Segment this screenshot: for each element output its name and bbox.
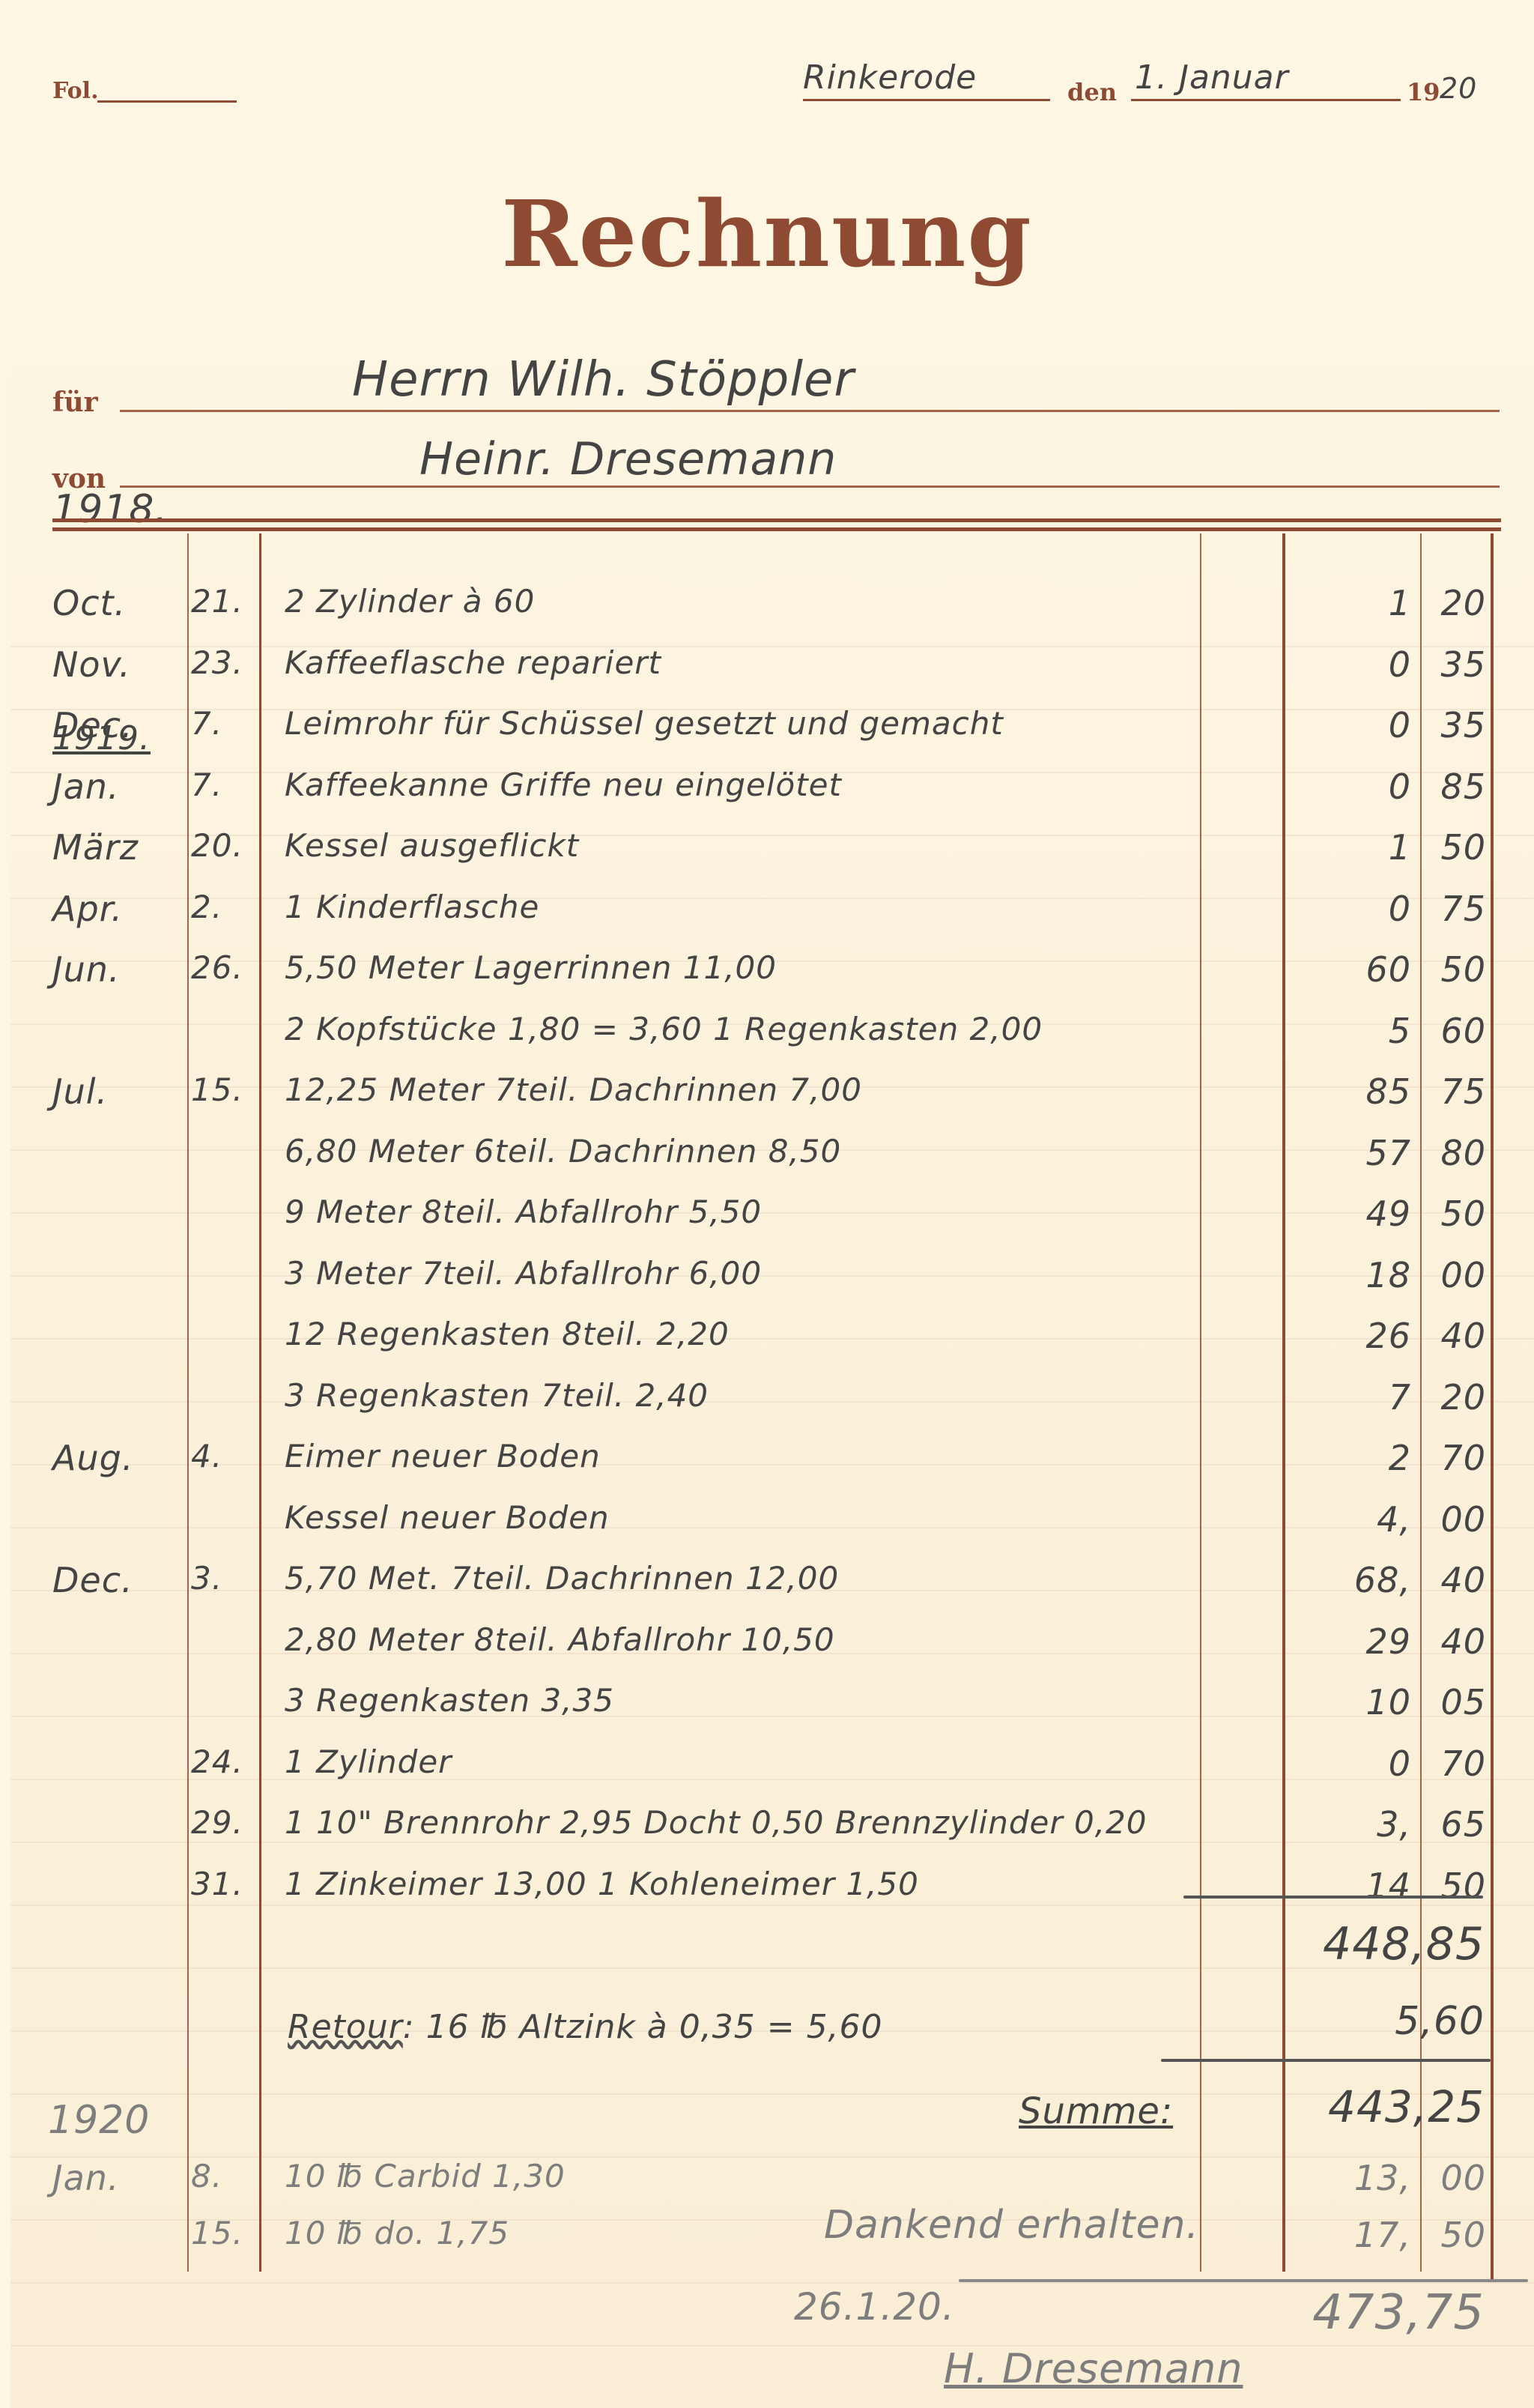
row-amount-mark: 49 xyxy=(1282,1194,1411,1234)
row-amount-mark: 57 xyxy=(1282,1133,1411,1173)
row-amount-mark: 60 xyxy=(1282,949,1411,990)
table-row: 12 Regenkasten 8teil. 2,202640 xyxy=(0,1316,1534,1376)
table-row: Oct.21.2 Zylinder à 60120 xyxy=(0,583,1534,643)
table-row: Dec.3.5,70 Met. 7teil. Dachrinnen 12,006… xyxy=(0,1560,1534,1620)
row-amount-mark: 17, xyxy=(1282,2215,1411,2255)
recipient-name: Herrn Wilh. Stöppler xyxy=(352,352,855,408)
row-day: 21. xyxy=(191,583,258,620)
row-amount-pfennig: 20 xyxy=(1422,583,1486,623)
row-amount-mark: 0 xyxy=(1282,644,1411,685)
row-description: 2 Zylinder à 60 xyxy=(285,583,1453,620)
row-description: 3 Regenkasten 3,35 xyxy=(285,1682,1453,1719)
row-month: Jun. xyxy=(52,949,187,990)
row-amount-pfennig: 50 xyxy=(1422,2215,1486,2255)
retour-amount: 5,60 xyxy=(1282,1999,1485,2044)
signature: H. Dresemann xyxy=(944,2345,1243,2392)
table-row: 6,80 Meter 6teil. Dachrinnen 8,505780 xyxy=(0,1133,1534,1193)
row-amount-pfennig: 40 xyxy=(1422,1621,1486,1662)
year-suffix: 20 xyxy=(1440,72,1477,105)
sender-name: Heinr. Dresemann xyxy=(419,433,837,485)
header-rule-top xyxy=(52,518,1501,522)
table-row: 24.1 Zylinder070 xyxy=(0,1743,1534,1803)
row-day: 29. xyxy=(191,1804,258,1841)
row-description: 1 Zylinder xyxy=(285,1743,1453,1780)
row-description: 6,80 Meter 6teil. Dachrinnen 8,50 xyxy=(285,1133,1453,1170)
table-row: Jan.7.Kaffeekanne Griffe neu eingelötet0… xyxy=(0,766,1534,826)
row-amount-pfennig: 40 xyxy=(1422,1316,1486,1356)
row-amount-pfennig: 40 xyxy=(1422,1560,1486,1600)
folio-line xyxy=(97,100,237,103)
table-row: 2,80 Meter 8teil. Abfallrohr 10,502940 xyxy=(0,1621,1534,1681)
row-amount-pfennig: 70 xyxy=(1422,1438,1486,1478)
row-day: 15. xyxy=(191,2215,258,2251)
row-amount-pfennig: 20 xyxy=(1422,1377,1486,1418)
table-row: 3 Regenkasten 7teil. 2,40720 xyxy=(0,1377,1534,1437)
row-amount-mark: 4, xyxy=(1282,1499,1411,1540)
sender-line xyxy=(120,485,1500,488)
row-amount-mark: 3, xyxy=(1282,1804,1411,1845)
subtotal-rule xyxy=(1183,1896,1483,1899)
row-amount-mark: 1 xyxy=(1282,583,1411,623)
row-amount-pfennig: 70 xyxy=(1422,1743,1486,1784)
row-month: Oct. xyxy=(52,583,187,623)
row-month: Jan. xyxy=(52,766,187,807)
table-row: 2 Kopfstücke 1,80 = 3,60 1 Regenkasten 2… xyxy=(0,1011,1534,1071)
header-rule-bottom xyxy=(52,527,1501,531)
row-description: Kaffeekanne Griffe neu eingelötet xyxy=(285,766,1453,803)
row-description: 5,70 Met. 7teil. Dachrinnen 12,00 xyxy=(285,1560,1453,1597)
row-amount-pfennig: 60 xyxy=(1422,1011,1486,1051)
row-description: 12,25 Meter 7teil. Dachrinnen 7,00 xyxy=(285,1071,1453,1108)
row-day: 20. xyxy=(191,827,258,864)
row-description: 9 Meter 8teil. Abfallrohr 5,50 xyxy=(285,1194,1453,1230)
row-day: 31. xyxy=(191,1866,258,1902)
table-row: Aug.4.Eimer neuer Boden270 xyxy=(0,1438,1534,1498)
row-amount-pfennig: 00 xyxy=(1422,1255,1486,1295)
row-description: Kessel ausgeflickt xyxy=(285,827,1453,864)
place: Rinkerode xyxy=(803,58,977,97)
retour-label: Retour xyxy=(288,2008,403,2046)
row-amount-pfennig: 85 xyxy=(1422,766,1486,807)
row-amount-mark: 18 xyxy=(1282,1255,1411,1295)
date-line xyxy=(1131,99,1401,101)
row-day: 8. xyxy=(191,2158,258,2194)
row-description: 1 Kinderflasche xyxy=(285,889,1453,925)
retour-line: Retour: 16 ℔ Altzink à 0,35 = 5,60 xyxy=(288,2008,883,2046)
recipient-label: für xyxy=(52,387,98,418)
row-amount-mark: 13, xyxy=(1282,2158,1411,2198)
row-amount-mark: 5 xyxy=(1282,1011,1411,1051)
receipt-note: Dankend erhalten. xyxy=(824,2203,1199,2248)
row-day: 3. xyxy=(191,1560,258,1597)
row-amount-pfennig: 50 xyxy=(1422,949,1486,990)
document-title: Rechnung xyxy=(0,180,1534,288)
row-month: März xyxy=(52,827,187,868)
row-amount-mark: 26 xyxy=(1282,1316,1411,1356)
subtotal-amount: 448,85 xyxy=(1282,1918,1485,1970)
den-label: den xyxy=(1067,78,1117,106)
row-amount-mark: 0 xyxy=(1282,1743,1411,1784)
row-amount-mark: 0 xyxy=(1282,766,1411,807)
row-amount-mark: 2 xyxy=(1282,1438,1411,1478)
row-amount-pfennig: 50 xyxy=(1422,1866,1486,1906)
row-day: 7. xyxy=(191,705,258,742)
row-day: 7. xyxy=(191,766,258,803)
table-row: Nov.23.Kaffeeflasche repariert035 xyxy=(0,644,1534,704)
row-description: 3 Meter 7teil. Abfallrohr 6,00 xyxy=(285,1255,1453,1292)
row-day: 26. xyxy=(191,949,258,986)
table-row: Kessel neuer Boden4,00 xyxy=(0,1499,1534,1559)
receipt-rule xyxy=(959,2279,1528,2282)
table-row: Jun.26.5,50 Meter Lagerrinnen 11,006050 xyxy=(0,949,1534,1009)
row-amount-pfennig: 00 xyxy=(1422,2158,1486,2198)
summe-rule xyxy=(1161,2059,1491,2062)
row-amount-mark: 0 xyxy=(1282,705,1411,745)
table-row: Jul.15.12,25 Meter 7teil. Dachrinnen 7,0… xyxy=(0,1071,1534,1131)
row-amount-mark: 0 xyxy=(1282,889,1411,929)
row-description: 12 Regenkasten 8teil. 2,20 xyxy=(285,1316,1453,1352)
invoice-date: 1. Januar xyxy=(1135,58,1289,97)
table-row: 9 Meter 8teil. Abfallrohr 5,504950 xyxy=(0,1194,1534,1253)
recipient-line xyxy=(120,410,1500,412)
row-month: Aug. xyxy=(52,1438,187,1478)
receipt-date: 26.1.20. xyxy=(794,2285,955,2329)
table-row: 3 Regenkasten 3,351005 xyxy=(0,1682,1534,1742)
row-day: 4. xyxy=(191,1438,258,1474)
row-amount-mark: 68, xyxy=(1282,1560,1411,1600)
row-month: Jul. xyxy=(52,1071,187,1112)
table-row: Apr.2.1 Kinderflasche075 xyxy=(0,889,1534,949)
final-total: 473,75 xyxy=(1282,2285,1485,2341)
place-line xyxy=(803,99,1050,101)
row-day: 15. xyxy=(191,1071,258,1108)
row-day: 23. xyxy=(191,644,258,681)
row-description: Kessel neuer Boden xyxy=(285,1499,1453,1536)
row-amount-pfennig: 75 xyxy=(1422,1071,1486,1112)
row-description: 2 Kopfstücke 1,80 = 3,60 1 Regenkasten 2… xyxy=(285,1011,1453,1047)
row-amount-pfennig: 75 xyxy=(1422,889,1486,929)
row-amount-mark: 1 xyxy=(1282,827,1411,868)
summe-amount: 443,25 xyxy=(1282,2081,1485,2132)
row-month: Jan. xyxy=(52,2158,187,2198)
summe-label: Summe: xyxy=(1019,2090,1173,2132)
row-description: 2,80 Meter 8teil. Abfallrohr 10,50 xyxy=(285,1621,1453,1658)
table-row: 15.10 ℔ do. 1,7517,50 xyxy=(0,2215,1534,2275)
table-row: Jan.8.10 ℔ Carbid 1,3013,00 xyxy=(0,2158,1534,2218)
row-description: Leimrohr für Schüssel gesetzt und gemach… xyxy=(285,705,1453,742)
row-description: 1 10" Brennrohr 2,95 Docht 0,50 Brennzyl… xyxy=(285,1804,1453,1841)
start-year: 1918. xyxy=(52,487,168,532)
row-amount-pfennig: 05 xyxy=(1422,1682,1486,1722)
row-amount-pfennig: 35 xyxy=(1422,705,1486,745)
row-amount-mark: 10 xyxy=(1282,1682,1411,1722)
year-prefix: 19 xyxy=(1407,78,1440,106)
year-marker-1919: 1919. xyxy=(52,719,151,757)
table-row: März20.Kessel ausgeflickt150 xyxy=(0,827,1534,887)
row-month: Dec. xyxy=(52,1560,187,1600)
row-amount-mark: 7 xyxy=(1282,1377,1411,1418)
row-amount-mark: 85 xyxy=(1282,1071,1411,1112)
table-row: 3 Meter 7teil. Abfallrohr 6,001800 xyxy=(0,1255,1534,1315)
row-day: 24. xyxy=(191,1743,258,1780)
row-month: Apr. xyxy=(52,889,187,929)
row-amount-mark: 29 xyxy=(1282,1621,1411,1662)
year-1920: 1920 xyxy=(48,2098,150,2143)
row-description: 10 ℔ Carbid 1,30 xyxy=(285,2158,1453,2194)
row-amount-pfennig: 50 xyxy=(1422,1194,1486,1234)
table-row: Dec.7.Leimrohr für Schüssel gesetzt und … xyxy=(0,705,1534,765)
row-amount-pfennig: 00 xyxy=(1422,1499,1486,1540)
row-amount-pfennig: 80 xyxy=(1422,1133,1486,1173)
row-amount-pfennig: 50 xyxy=(1422,827,1486,868)
retour-text: : 16 ℔ Altzink à 0,35 = 5,60 xyxy=(403,2008,883,2046)
row-month: Nov. xyxy=(52,644,187,685)
folio-label: Fol. xyxy=(52,78,99,104)
row-description: 5,50 Meter Lagerrinnen 11,00 xyxy=(285,949,1453,986)
row-day: 2. xyxy=(191,889,258,925)
row-description: Kaffeeflasche repariert xyxy=(285,644,1453,681)
row-amount-pfennig: 65 xyxy=(1422,1804,1486,1845)
row-amount-pfennig: 35 xyxy=(1422,644,1486,685)
row-amount-mark: 14 xyxy=(1282,1866,1411,1906)
row-description: 3 Regenkasten 7teil. 2,40 xyxy=(285,1377,1453,1414)
row-description: Eimer neuer Boden xyxy=(285,1438,1453,1474)
table-row: 29.1 10" Brennrohr 2,95 Docht 0,50 Brenn… xyxy=(0,1804,1534,1864)
